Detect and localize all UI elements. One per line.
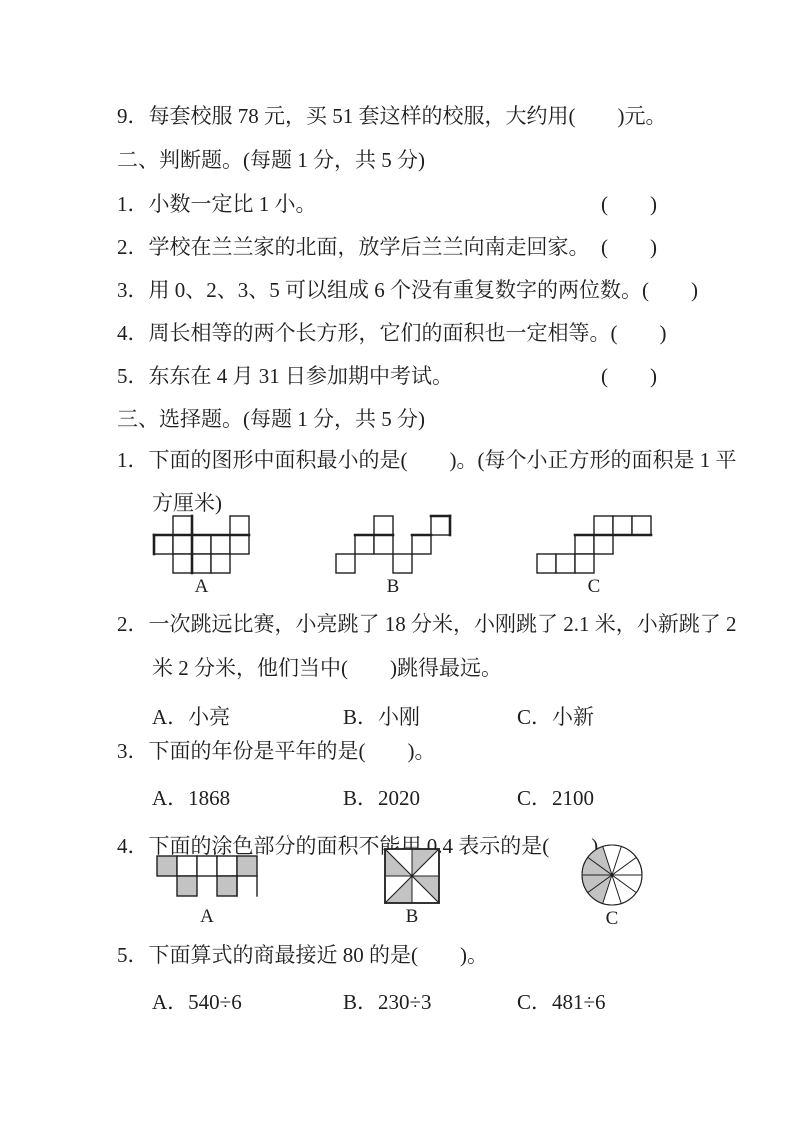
grid-shape-a-graphic (152, 514, 251, 575)
judge-item-text: 3．用 0、2、3、5 可以组成 6 个没有重复数字的两位数。 (117, 276, 642, 304)
figure-q4-pinwheel-b: B (383, 847, 441, 927)
judge-item-text: 5．东东在 4 月 31 日参加期中考试。 (117, 362, 453, 390)
grid-shape-c-graphic (535, 514, 653, 575)
q5-option-a: A．540÷6 (152, 988, 242, 1016)
figure-label: B (334, 577, 452, 597)
pinwheel-square-graphic (383, 847, 441, 905)
judge-item-4: 4．周长相等的两个长方形，它们的面积也一定相等。 ( ) (117, 319, 657, 347)
q2-option-a: A．小亮 (152, 703, 230, 731)
section-judge-title: 二、判断题。(每题 1 分，共 5 分) (117, 146, 425, 174)
choice-q2-line2: 米 2 分米，他们当中( )跳得最远。 (152, 654, 502, 682)
figure-label: C (535, 577, 653, 597)
q5-option-c: C．481÷6 (517, 988, 606, 1016)
choice-q2-line1: 2．一次跳远比赛，小亮跳了 18 分米，小刚跳了 2.1 米，小新跳了 2 (117, 610, 737, 638)
figure-label: C (580, 909, 644, 929)
choice-q5-text: 5．下面算式的商最接近 80 的是( )。 (117, 941, 488, 969)
figure-q4-pie-c: C (580, 843, 644, 929)
q2-option-c: C．小新 (517, 703, 594, 731)
q5-option-b: B．230÷3 (343, 988, 432, 1016)
answer-bracket: ( ) (611, 319, 667, 347)
answer-bracket: ( ) (642, 276, 698, 304)
figure-label: A (152, 577, 251, 597)
judge-item-3: 3．用 0、2、3、5 可以组成 6 个没有重复数字的两位数。 ( ) (117, 276, 657, 304)
figure-label: B (383, 907, 441, 927)
q3-option-a: A．1868 (152, 784, 230, 812)
figure-label: A (155, 907, 259, 927)
figure-q1-grid-a: A (152, 514, 251, 597)
pie-circle-graphic (580, 843, 644, 907)
choice-q1-line2: 方厘米) (152, 489, 222, 517)
q2-option-b: B．小刚 (343, 703, 420, 731)
answer-bracket: ( ) (601, 362, 657, 390)
grid-shape-b-graphic (334, 514, 452, 575)
test-paper-page: 9．每套校服 78 元，买 51 套这样的校服，大约用( )元。 二、判断题。(… (0, 0, 793, 1122)
choice-q1-line1: 1．下面的图形中面积最小的是( )。(每个小正方形的面积是 1 平 (117, 446, 736, 474)
q3-option-b: B．2020 (343, 784, 420, 812)
choice-q3-text: 3．下面的年份是平年的是( )。 (117, 737, 436, 765)
answer-bracket: ( ) (601, 190, 657, 218)
q3-option-c: C．2100 (517, 784, 594, 812)
judge-item-text: 1．小数一定比 1 小。 (117, 190, 317, 218)
shaded-grid-graphic (155, 854, 259, 898)
figure-q1-grid-c: C (535, 514, 653, 597)
answer-bracket: ( ) (601, 233, 657, 261)
judge-item-2: 2．学校在兰兰家的北面，放学后兰兰向南走回家。 ( ) (117, 233, 657, 261)
judge-item-text: 2．学校在兰兰家的北面，放学后兰兰向南走回家。 (117, 233, 590, 261)
question-9-text: 9．每套校服 78 元，买 51 套这样的校服，大约用( )元。 (117, 102, 666, 130)
figure-q4-grid-a: A (155, 854, 259, 927)
judge-item-5: 5．东东在 4 月 31 日参加期中考试。 ( ) (117, 362, 657, 390)
section-choice-title: 三、选择题。(每题 1 分，共 5 分) (117, 405, 425, 433)
figure-q1-grid-b: B (334, 514, 452, 597)
judge-item-1: 1．小数一定比 1 小。 ( ) (117, 190, 657, 218)
judge-item-text: 4．周长相等的两个长方形，它们的面积也一定相等。 (117, 319, 611, 347)
